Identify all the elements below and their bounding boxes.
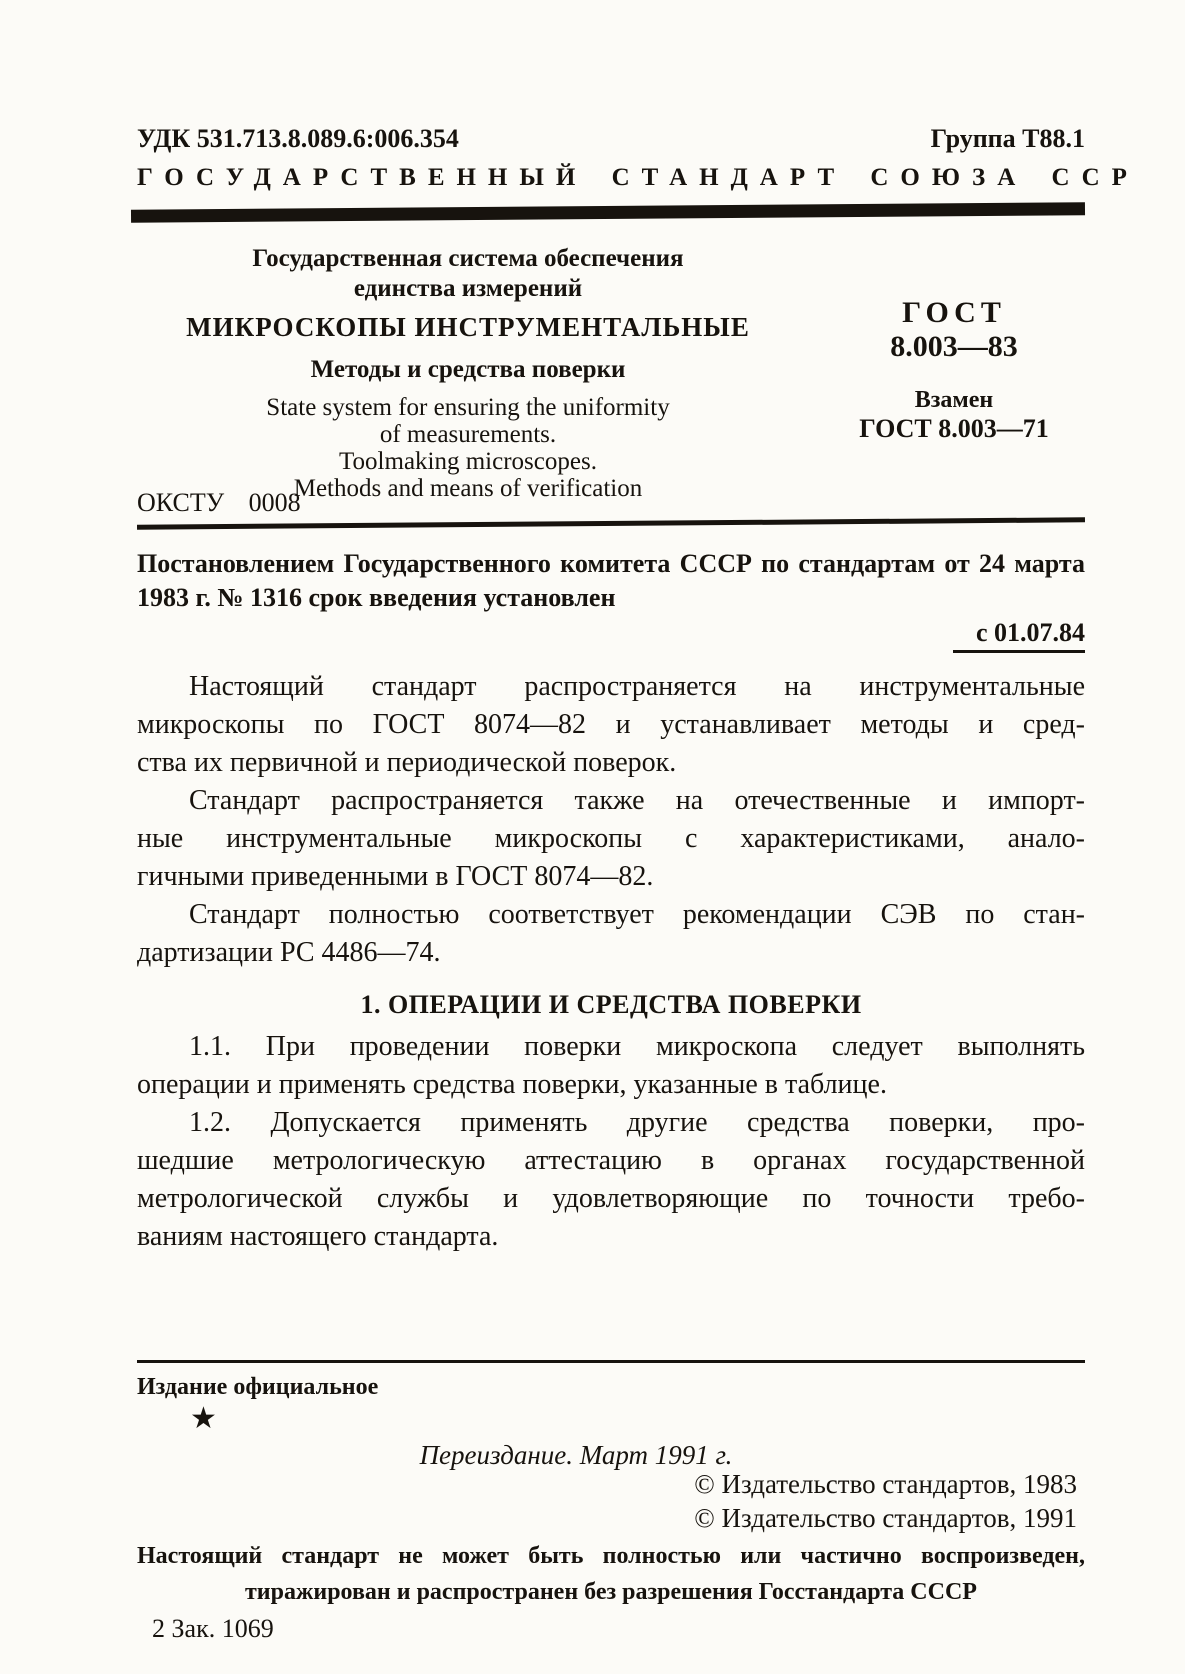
classification-row: УДК 531.713.8.089.6:006.354 Группа Т88.1 [137,124,1085,154]
body-line: дартизации РС 4486—74. [137,934,1085,972]
body-line: Настоящий стандарт распространяется на и… [137,668,1085,706]
official-edition-label: Издание официальное [137,1374,378,1401]
body-line: метрологической службы и удовлетворяющие… [137,1180,1085,1218]
body-line: ства их первичной и периодической поверо… [137,744,1085,782]
udk-code: УДК 531.713.8.089.6:006.354 [137,124,459,154]
copyright-line: © Издательство стандартов, 1991 [694,1501,1077,1535]
notice-line: Настоящий стандарт не может быть полност… [137,1538,1085,1574]
document-page: УДК 531.713.8.089.6:006.354 Группа Т88.1… [0,0,1185,1674]
body-line: гичными приведенными в ГОСТ 8074—82. [137,858,1085,896]
body-line: 1.2. Допускается применять другие средст… [137,1104,1085,1142]
decree-line: 1983 г. № 1316 срок введения установлен [137,581,1085,615]
decree-line: Постановлением Государственного комитета… [137,547,1085,581]
reproduction-notice: Настоящий стандарт не может быть полност… [137,1538,1085,1610]
banner-divider-bar [131,202,1085,222]
group-code: Группа Т88.1 [931,124,1085,154]
english-title-line: State system for ensuring the uniformity [168,394,768,421]
body-line: микроскопы по ГОСТ 8074—82 и устанавлива… [137,706,1085,744]
decree-paragraph: Постановлением Государственного комитета… [137,547,1085,615]
section-heading: 1. ОПЕРАЦИИ И СРЕДСТВА ПОВЕРКИ [137,986,1085,1024]
okstu-code: ОКСТУ 0008 [137,488,301,518]
star-icon: ★ [190,1404,217,1434]
standard-title-block: Государственная система обеспечения един… [168,244,768,502]
gost-number: 8.003—83 [820,330,1088,364]
gost-designation-block: ГОСТ 8.003—83 Взамен ГОСТ 8.003—71 [820,296,1088,444]
body-line: ные инструментальные микроскопы с характ… [137,820,1085,858]
standard-title: МИКРОСКОПЫ ИНСТРУМЕНТАЛЬНЫЕ [168,310,768,344]
system-name-line: Государственная система обеспечения [168,244,768,274]
footer-divider-rule [137,1360,1085,1363]
effective-date: с 01.07.84 [976,618,1085,648]
body-line: Стандарт полностью соответствует рекомен… [137,896,1085,934]
body-line: ваниям настоящего стандарта. [137,1218,1085,1256]
standard-subtitle: Методы и средства поверки [168,354,768,386]
body-line: 1.1. При проведении поверки микроскопа с… [137,1028,1085,1066]
header-divider-rule [137,517,1085,529]
body-line: шедшие метрологическую аттестацию в орга… [137,1142,1085,1180]
state-standard-banner: ГОСУДАРСТВЕННЫЙ СТАНДАРТ СОЮЗА ССР [137,164,1085,192]
english-title-line: Toolmaking microscopes. [168,448,768,475]
effective-date-underline [953,650,1085,653]
english-title-line: of measurements. [168,421,768,448]
body-line: операции и применять средства поверки, у… [137,1066,1085,1104]
system-name-line: единства измерений [168,274,768,304]
body-text: Настоящий стандарт распространяется на и… [137,668,1085,1256]
replaces-number: ГОСТ 8.003—71 [820,414,1088,444]
notice-line: тиражирован и распространен без разрешен… [137,1574,1085,1610]
replaces-label: Взамен [820,386,1088,414]
body-line: Стандарт распространяется также на отече… [137,782,1085,820]
print-order-number: 2 Зак. 1069 [152,1614,274,1644]
copyright-line: © Издательство стандартов, 1983 [694,1467,1077,1501]
gost-label: ГОСТ [820,296,1088,330]
copyright-block: © Издательство стандартов, 1983 © Издате… [694,1467,1077,1535]
